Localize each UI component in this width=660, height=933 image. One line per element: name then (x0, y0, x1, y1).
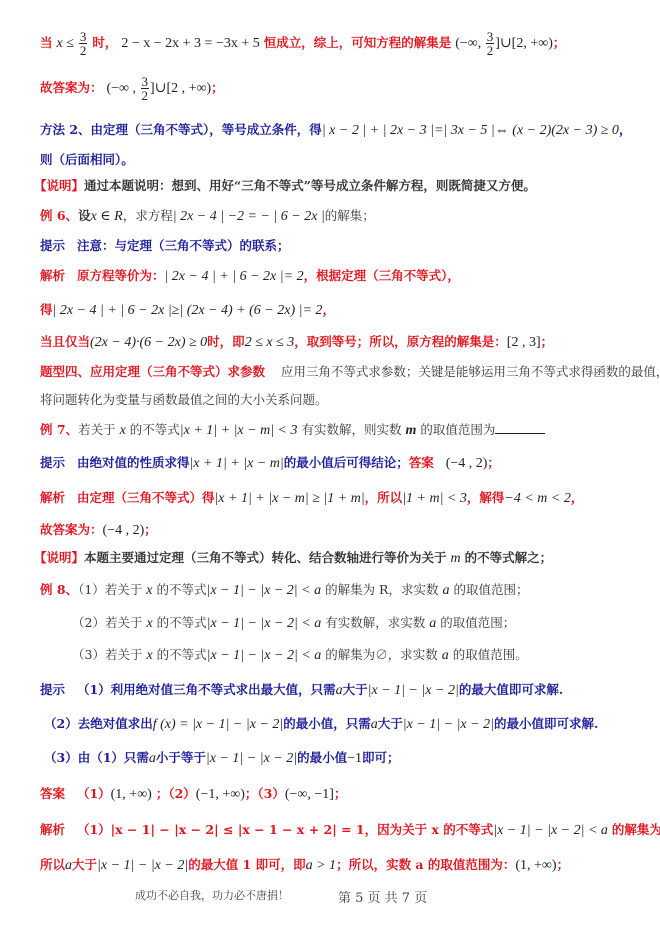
text: 注意：与定理（三角不等式）的联系； (77, 238, 290, 253)
math: | x − 2 | + | 2x − 3 |=| 3x − 5 |⇔ (x − … (322, 123, 619, 138)
answer-8: 答案 （1）(1, +∞) ；（2）(−1, +∞)；（3）(−∞, −1]； (40, 784, 346, 805)
note-tag: 【说明】 (34, 178, 84, 193)
math: ]∪[2 , +∞) (150, 81, 211, 96)
math: |x − 1| − |x − 2| < a (493, 823, 608, 838)
text: 的最大值 1 即可，即 (188, 857, 305, 872)
answer-label: 答案 (409, 455, 434, 470)
math: |x − 1| − |x − 2| (368, 683, 459, 698)
math: −4 < m < 2 (504, 491, 570, 506)
page-number: 第 5 页 共 7 页 (338, 887, 427, 906)
hint-6: 提示 注意：与定理（三角不等式）的联系； (40, 236, 289, 256)
math: |1 + m| < 3 (402, 491, 467, 506)
text: 的最小值 (297, 750, 347, 765)
text: 有实数解，则实数 (302, 422, 402, 437)
text: 的取值范围为 (420, 422, 495, 437)
math: a > 1 (306, 858, 336, 873)
hint-8-part-1: 提示 （1）利用绝对值三角不等式求出最大值，只需a大于|x − 1| − |x … (40, 680, 563, 701)
text: ，取到等号；所以，原方程的解集是： (294, 334, 507, 349)
text: 所以 (40, 857, 65, 872)
example-label: 例 8、 (40, 582, 78, 597)
answer-blank (495, 421, 545, 434)
text: ，根据定理（三角不等式）， (304, 268, 460, 283)
example-8-part-3: （3）若关于 x 的不等式|x − 1| − |x − 2| < a 的解集为∅… (72, 645, 528, 666)
text: 故答案为： (40, 522, 103, 537)
math: | 2x − 4 | + | 6 − 2x |≥| (2x − 4) + (6 … (53, 303, 323, 318)
footer-motto: 成功不必自我，功力必不唐捐！ (135, 887, 289, 903)
text: 小于等于 (156, 750, 206, 765)
var: a (65, 858, 72, 873)
example-8-part-2: （2）若关于 x 的不等式|x − 1| − |x − 2| < a 有实数解，… (72, 613, 515, 634)
math: 2 ≤ x ≤ 3 (245, 335, 295, 350)
text: 的最小值即可求解. (494, 716, 598, 731)
math: (1, +∞) (515, 858, 556, 873)
math: |x − 1| − |x − 2| (206, 751, 297, 766)
text: 当 (40, 35, 53, 50)
example-7: 例 7、若关于 x 的不等式|x + 1| + |x − m| < 3 有实数解… (40, 420, 545, 441)
text: ； (334, 786, 347, 801)
text: （3）若关于 (72, 647, 142, 662)
math: (−∞ , (107, 81, 140, 96)
text: 将问题转化为变量与函数最值之间的大小关系问题。 (40, 392, 328, 407)
analysis-label: 解析 (40, 490, 65, 505)
text: 应用三角不等式求参数；关键是能够运用三角不等式求得函数的最值， (281, 364, 660, 379)
var: a (442, 648, 449, 663)
math: | 2x − 4 | + | 6 − 2x |= 2 (164, 269, 303, 284)
text: ；所以，实数 a 的取值范围为： (336, 857, 515, 872)
text: 的不等式解之； (465, 550, 553, 565)
analysis-6: 解析 原方程等价为：| 2x − 4 | + | 6 − 2x |= 2，根据定… (40, 266, 460, 287)
math: |x + 1| + |x − m| ≥ |1 + m| (214, 491, 364, 506)
fraction: 32 (486, 30, 495, 57)
text: 时， (92, 35, 117, 50)
text: （1） (77, 786, 111, 801)
text: 大于 (378, 716, 403, 731)
hint-label: 提示 (40, 238, 65, 253)
text: 有实数解，求实数 (325, 615, 425, 630)
math: (1, +∞) (111, 787, 152, 802)
text: 则（后面相同）。 (40, 152, 134, 167)
var: a (149, 751, 156, 766)
text: 得 (40, 302, 53, 317)
text: ， (619, 122, 632, 137)
math: (−4 , 2) (103, 523, 145, 538)
var: x (120, 423, 126, 438)
math: |x − 1| − |x − 2| < a (206, 583, 321, 598)
section-type-4: 题型四、应用定理（三角不等式）求参数 应用三角不等式求参数；关键是能够运用三角不… (40, 362, 660, 382)
math: x ≤ (57, 36, 74, 51)
math: x ∈ R (91, 209, 123, 224)
text: 若关于 (78, 422, 116, 437)
var: m (406, 423, 417, 438)
text: ， (322, 302, 335, 317)
math: 2 − x − 2x + 3 = −3x + 5 (121, 36, 259, 51)
text: 本题主要通过定理（三角不等式）转化、结合数轴进行等价为关于 (84, 550, 447, 565)
var: a (429, 616, 436, 631)
solution-line-1: 当 x ≤ 32 时， 2 − x − 2x + 3 = −3x + 5 恒成立… (40, 30, 565, 57)
var: x (146, 616, 152, 631)
text: 的不等式 (156, 582, 206, 597)
answer-line-7: 故答案为：(−4 , 2)； (40, 520, 157, 541)
text: （1）若关于 (78, 582, 142, 597)
text: ，解得 (467, 490, 505, 505)
text: 的取值范围。 (453, 647, 528, 662)
example-label: 例 6、 (40, 208, 78, 223)
analysis-8-part-1: 解析 （1）|x − 1| − |x − 2| ≤ |x − 1 − x + 2… (40, 820, 660, 841)
method-2-continued: 则（后面相同）。 (40, 150, 134, 170)
text: （1）利用绝对值三角不等式求出最大值，只需 (77, 682, 336, 697)
text: 通过本题说明：想到、用好“三角不等式”等号成立条件解方程，则既简捷又方便。 (84, 178, 536, 193)
hint-8-part-2: （2）去绝对值求出f (x) = |x − 1| − |x − 2|的最小值，只… (44, 714, 598, 735)
text: （3）由（1）只需 (44, 750, 149, 765)
text: （2）若关于 (72, 615, 142, 630)
math: |x − 1| − |x − 2| < a (207, 616, 322, 631)
math: (−4 , 2) (446, 456, 488, 471)
fraction: 32 (141, 75, 150, 102)
text: 方法 2、由定理（三角不等式），等号成立条件，得 (40, 122, 322, 137)
answer-label: 答案 (40, 786, 65, 801)
text: 的取值范围； (453, 582, 528, 597)
math: | 2x − 4 | −2 = − | 6 − 2x | (173, 209, 325, 224)
answer-line-1: 故答案为： (−∞ , 32]∪[2 , +∞)； (40, 75, 224, 102)
math: f (x) = |x − 1| − |x − 2| (153, 717, 284, 732)
text: 原方程等价为： (77, 268, 165, 283)
math: |x − 1| − |x − 2| (97, 858, 188, 873)
math: |x + 1| + |x − m| < 3 (180, 423, 298, 438)
text: ； (553, 35, 566, 50)
hint-8-part-3: （3）由（1）只需a小于等于|x − 1| − |x − 2|的最小值−1即可； (44, 748, 400, 769)
text: ；（3） (245, 786, 285, 801)
math: (−∞, (455, 36, 485, 51)
text: 的不等式 (157, 647, 207, 662)
text: ； (557, 857, 570, 872)
hint-label: 提示 (40, 455, 65, 470)
var: m (451, 551, 461, 566)
text: 大于 (343, 682, 368, 697)
hint-label: 提示 (40, 682, 65, 697)
note-line-2: 【说明】本题主要通过定理（三角不等式）转化、结合数轴进行等价为关于 m 的不等式… (34, 548, 552, 569)
text: 的最大值即可求解. (459, 682, 563, 697)
text: 故答案为： (40, 80, 103, 95)
analysis-6-step: 得| 2x − 4 | + | 6 − 2x |≥| (2x − 4) + (6… (40, 300, 335, 321)
var: a (442, 583, 449, 598)
text: ； (541, 334, 554, 349)
fraction: 32 (79, 30, 88, 57)
text: 的解集为 R，求实数 (325, 582, 438, 597)
text: 的不等式 (130, 422, 180, 437)
math: (−∞, −1] (285, 787, 334, 802)
method-2-line: 方法 2、由定理（三角不等式），等号成立条件，得| x − 2 | + | 2x… (40, 120, 631, 141)
text: 的不等式 (157, 615, 207, 630)
text: ； (211, 80, 224, 95)
math: [2 , 3] (507, 335, 541, 350)
var: a (371, 717, 378, 732)
text: 的解集为 R， (612, 822, 660, 837)
text: 大于 (72, 857, 97, 872)
text: 由定理（三角不等式）得 (77, 490, 215, 505)
text: ，求方程 (123, 208, 173, 223)
analysis-label: 解析 (40, 268, 65, 283)
text: （2）去绝对值求出 (44, 716, 153, 731)
analysis-6-conclusion: 当且仅当(2x − 4)·(6 − 2x) ≥ 0时，即2 ≤ x ≤ 3，取到… (40, 332, 553, 353)
section-title: 题型四、应用定理（三角不等式）求参数 (40, 364, 265, 379)
text: 时，即 (207, 334, 245, 349)
example-8-part-1: 例 8、（1）若关于 x 的不等式|x − 1| − |x − 2| < a 的… (40, 580, 528, 601)
analysis-label: 解析 (40, 822, 65, 837)
text: 的解集； (325, 208, 375, 223)
math: |x − 1| − |x − 2| < a (207, 648, 322, 663)
var: x (146, 583, 152, 598)
math: −1 (347, 751, 362, 766)
text: ； (487, 455, 500, 470)
example-label: 例 7、 (40, 422, 78, 437)
math: (2x − 4)·(6 − 2x) ≥ 0 (90, 335, 207, 350)
text: 即可； (362, 750, 400, 765)
math: |x − 1| − |x − 2| (403, 717, 494, 732)
example-6: 例 6、设x ∈ R，求方程| 2x − 4 | −2 = − | 6 − 2x… (40, 206, 375, 227)
text: ， (571, 490, 584, 505)
analysis-8-conclusion: 所以a大于|x − 1| − |x − 2|的最大值 1 即可，即a > 1；所… (40, 855, 569, 876)
analysis-7: 解析 由定理（三角不等式）得|x + 1| + |x − m| ≥ |1 + m… (40, 488, 583, 509)
text: 的最小值后可得结论； (284, 455, 409, 470)
text: ； (144, 522, 157, 537)
text: 由绝对值的性质求得 (77, 455, 190, 470)
hint-7: 提示 由绝对值的性质求得|x + 1| + |x − m|的最小值后可得结论；答… (40, 453, 500, 474)
var: x (146, 648, 152, 663)
text: 当且仅当 (40, 334, 90, 349)
math: |x + 1| + |x − m| (189, 456, 283, 471)
text: 的取值范围； (440, 615, 515, 630)
note-tag: 【说明】 (34, 550, 84, 565)
note-line-1: 【说明】通过本题说明：想到、用好“三角不等式”等号成立条件解方程，则既简捷又方便… (34, 176, 536, 196)
text: 的解集为∅，求实数 (325, 647, 438, 662)
math: (−1, +∞) (196, 787, 245, 802)
section-type-4-desc: 将问题转化为变量与函数最值之间的大小关系问题。 (40, 390, 328, 410)
text: 设 (78, 208, 91, 223)
math: ]∪[2, +∞) (495, 36, 553, 51)
text: 的最小值，只需 (283, 716, 371, 731)
text: ，所以 (365, 490, 403, 505)
text: 恒成立，综上，可知方程的解集是 (264, 35, 452, 50)
text: ；（2） (156, 786, 196, 801)
var: a (336, 683, 343, 698)
text: （1）|x − 1| − |x − 2| ≤ |x − 1 − x + 2| =… (77, 822, 493, 837)
